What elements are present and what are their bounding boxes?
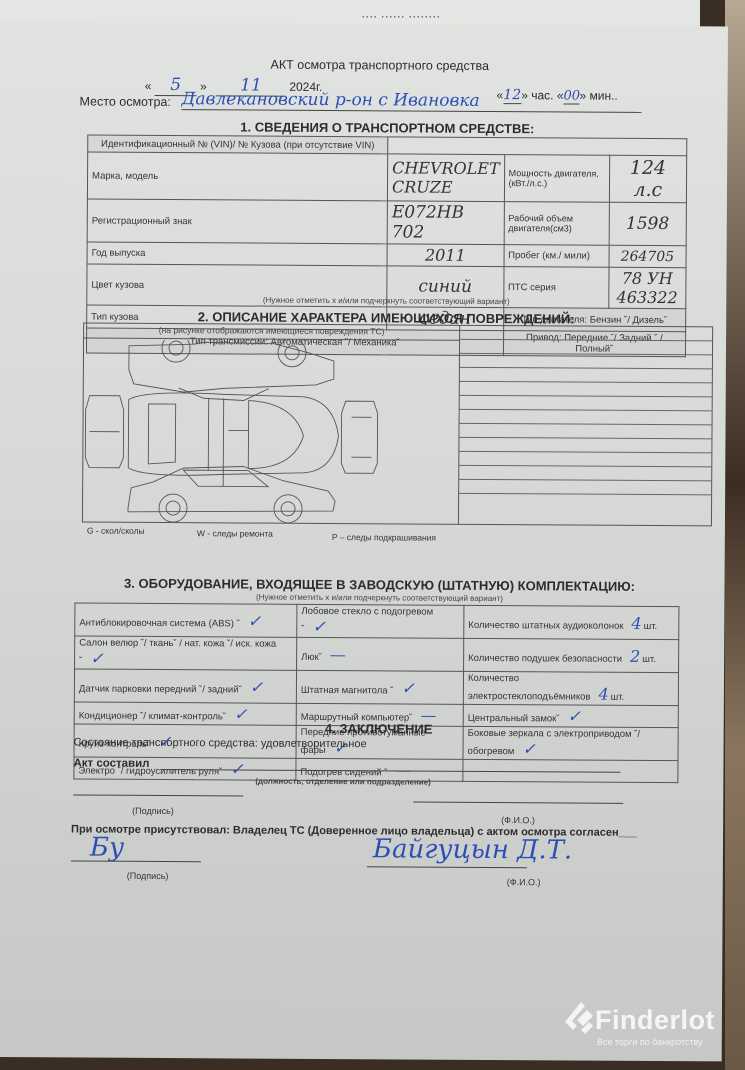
equip-col2-mark: ✓ bbox=[401, 678, 415, 697]
row-plate-value: Е072НВ 702 bbox=[387, 201, 504, 245]
table-surface bbox=[725, 0, 745, 1070]
equip-col2: Люк˘— bbox=[297, 637, 464, 671]
equip-col2-label: Люк˘ bbox=[301, 651, 322, 662]
equip-col1: Салон велюр ˘/ ткань˘ / нат. кожа ˘/ иск… bbox=[75, 636, 297, 670]
equip-col1-label: Салон велюр ˘/ ткань˘ / нат. кожа ˘/ иск… bbox=[79, 637, 276, 666]
legend-paint: P – следы подкрашивания bbox=[332, 532, 436, 543]
row-year-label: Год выпуска bbox=[87, 242, 387, 266]
equip-col1: Датчик парковки передний ˘/ задний˘✓ bbox=[74, 669, 296, 703]
equip-col3: Количество подушек безопасности2шт. bbox=[464, 638, 679, 672]
name-caption-1: (Ф.И.О.) bbox=[501, 815, 535, 825]
compiler-signature-line bbox=[73, 794, 243, 796]
owner-name: Байгуцын Д.Т. bbox=[373, 834, 572, 865]
equip-col1-label: Антиблокировочная система (ABS) ˘ bbox=[79, 617, 240, 629]
name-caption-2: (Ф.И.О.) bbox=[507, 877, 541, 887]
document-title: АКТ осмотра транспортного средства bbox=[0, 56, 745, 75]
damage-diagram-box: (на рисунке отображаются имеющиеся повре… bbox=[82, 323, 713, 527]
signature-caption-2: (Подпись) bbox=[127, 871, 169, 881]
equip-col2-mark: — bbox=[330, 645, 346, 664]
equip-col2-label: Штатная магнитола ˘ bbox=[301, 684, 394, 696]
inspection-act-page: АКТ осмотра транспортного средства « 5 »… bbox=[0, 22, 728, 1061]
car-outline-diagram bbox=[83, 340, 459, 524]
row-volume-value: 1598 bbox=[609, 202, 687, 245]
equip-col1-mark: ✓ bbox=[90, 649, 104, 668]
compiler-name-line bbox=[413, 802, 623, 804]
equip-col2: Лобовое стекло с подогревом ˘✓ bbox=[297, 604, 464, 638]
row-volume-label: Рабочий объем двигателя(см3) bbox=[504, 202, 609, 246]
row-make-value: CHEVROLET CRUZE bbox=[387, 154, 504, 202]
row-power-value: 124 л.с bbox=[609, 155, 687, 202]
row-power-label: Мощность двигателя, (кВт./л.с.) bbox=[504, 155, 609, 203]
signature-caption-1: (Подпись) bbox=[132, 806, 174, 816]
equip-col3-mark: 4 bbox=[631, 613, 641, 632]
row-mileage-label: Пробег (км./ мили) bbox=[504, 245, 609, 268]
equip-col3-label: Количество электростеклоподъёмников bbox=[468, 673, 591, 703]
position-caption: (должность, отделение или подразделение) bbox=[255, 777, 431, 787]
vin-label: Идентификационный № (VIN)/ № Кузова (при… bbox=[88, 135, 388, 154]
equip-col1-label: Датчик парковки передний ˘/ задний˘ bbox=[79, 683, 242, 695]
equipment-table: Антиблокировочная система (ABS) ˘✓Лобово… bbox=[73, 602, 679, 783]
equip-col1: Антиблокировочная система (ABS) ˘✓ bbox=[75, 603, 297, 637]
equip-col3-unit: шт. bbox=[644, 620, 658, 631]
equip-col3-mark: 4 bbox=[598, 685, 608, 704]
damage-description-lines bbox=[458, 326, 712, 526]
equip-col3: Количество штатных аудиоколонок4шт. bbox=[464, 605, 679, 639]
row-mileage-value: 264705 bbox=[609, 245, 687, 267]
owner-name-line bbox=[367, 866, 527, 868]
equip-col3-unit: шт. bbox=[642, 653, 656, 664]
brand-tagline: Все торги по банкротству bbox=[597, 1037, 715, 1047]
equipment-row: Датчик парковки передний ˘/ задний˘✓Штат… bbox=[74, 669, 678, 706]
equip-col1-mark: ✓ bbox=[250, 677, 264, 696]
row-plate-label: Регистрационный знак bbox=[87, 199, 387, 244]
equip-col3-label: Количество штатных аудиоколонок bbox=[468, 619, 623, 631]
equip-col1-mark: ✓ bbox=[248, 611, 262, 630]
vin-value bbox=[388, 137, 687, 156]
equip-col2-mark: ✓ bbox=[312, 617, 326, 636]
equip-col3: Количество электростеклоподъёмников4шт. bbox=[463, 671, 678, 705]
owner-signature: Бу bbox=[90, 833, 124, 863]
equip-col2: Штатная магнитола ˘✓ bbox=[296, 670, 463, 704]
finderlot-watermark: Finderlot Все торги по банкротству bbox=[563, 1000, 715, 1047]
equip-col3-mark: 2 bbox=[630, 646, 640, 665]
equip-col3-label: Количество подушек безопасности bbox=[468, 652, 622, 664]
brand-name: Finderlot bbox=[595, 1005, 715, 1036]
row-make-label: Марка, модель bbox=[87, 152, 387, 201]
place-value: Давлекановский р-он с Ивановка bbox=[181, 89, 641, 113]
vehicle-condition: Состояние транспортного средства: удовле… bbox=[74, 736, 367, 750]
equip-col3-mark: ✓ bbox=[522, 739, 536, 758]
row-year-value: 2011 bbox=[387, 244, 504, 267]
diagram-caption: (на рисунке отображаются имеющиеся повре… bbox=[84, 325, 459, 341]
act-by-label: Акт составил bbox=[73, 757, 149, 769]
place-label: Место осмотра: bbox=[79, 94, 170, 109]
finderlot-logo-icon bbox=[563, 1000, 595, 1040]
equip-col3-unit: шт. bbox=[611, 692, 625, 703]
equipment-row: Салон велюр ˘/ ткань˘ / нат. кожа ˘/ иск… bbox=[75, 636, 679, 673]
legend-repair: W - следы ремонта bbox=[197, 528, 273, 538]
equipment-row: Антиблокировочная система (ABS) ˘✓Лобово… bbox=[75, 603, 679, 640]
legend-chip: G - скол/сколы bbox=[87, 526, 145, 536]
